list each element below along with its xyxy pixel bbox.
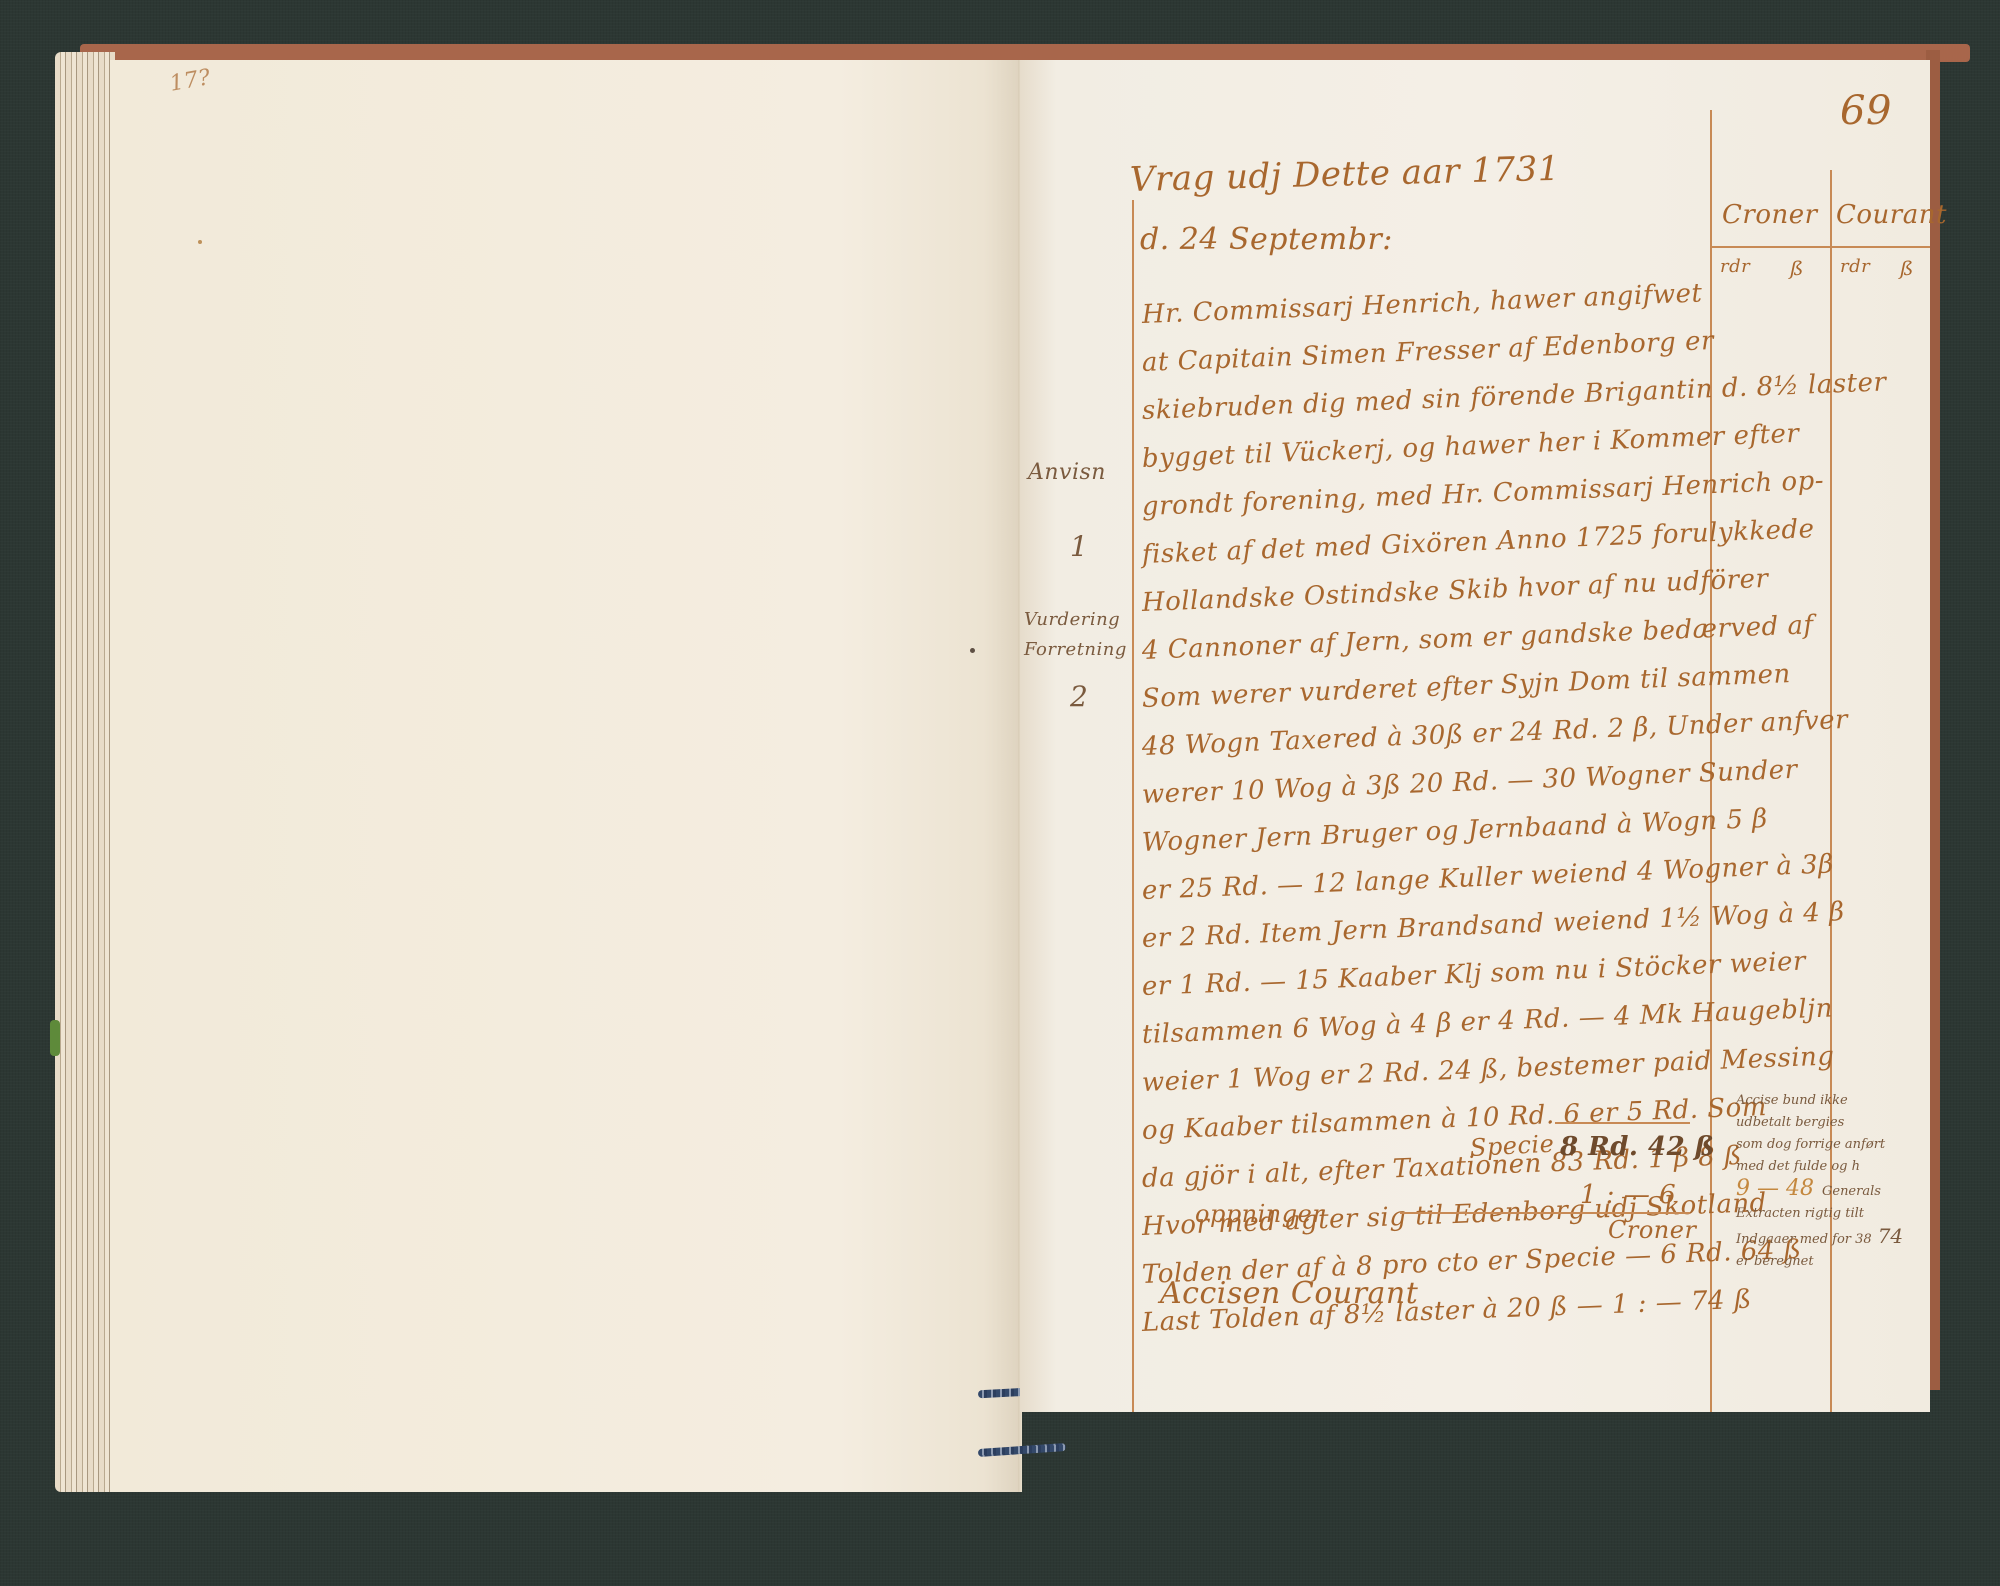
paper-spot (970, 648, 975, 653)
side-note-amount: 9 — 48 (1736, 1178, 1814, 1200)
side-note-line: Accise bund ikke (1736, 1090, 1916, 1112)
margin-note-1-number: 1 (1070, 530, 1088, 563)
body-line: Hollandske Ostindske Skib hvor af nu udf… (1141, 564, 1768, 618)
left-page: 17? (110, 60, 1020, 1492)
side-note: Accise bund ikke udbetalt bergies som do… (1736, 1090, 1916, 1273)
left-page-corner-mark: 17? (168, 65, 213, 97)
body-line: werer 10 Wog à 3ß 20 Rd. — 30 Wogner Sun… (1141, 755, 1798, 810)
body-line: Hr. Commissarj Henrich, hawer angifwet (1141, 278, 1703, 330)
col2-unit-rdr: rdr (1840, 256, 1870, 277)
body-line: er 2 Rd. Item Jern Brandsand weiend 1½ W… (1141, 897, 1845, 954)
col2-unit-skilling: ß (1900, 256, 1914, 280)
specie-label: Specie (1469, 1130, 1555, 1162)
side-note-line: udbetalt bergies (1736, 1112, 1916, 1134)
opgjeld-label: oppninger (1195, 1200, 1324, 1228)
paper-spot (198, 240, 202, 244)
margin-note-1-text: Anvisn (1028, 460, 1106, 485)
body-line: weier 1 Wog er 2 Rd. 24 ß, bestemer paid… (1141, 1041, 1835, 1098)
left-margin-rule (1132, 200, 1134, 1412)
column-header-croner: Croner (1722, 200, 1818, 230)
body-line: er 1 Rd. — 15 Kaaber Klj som nu i Stöcke… (1141, 947, 1806, 1002)
body-line: fisket af det med Gixören Anno 1725 foru… (1141, 514, 1815, 570)
total-rule-top (1555, 1122, 1690, 1124)
body-line: er 25 Rd. — 12 lange Kuller weiend 4 Wog… (1141, 849, 1834, 906)
accise-courant-label: Accisen Courant (1160, 1276, 1418, 1311)
side-note-line: Extracten rigtig tilt (1736, 1203, 1916, 1225)
opgjeld-value: 1 : — 6 (1580, 1180, 1676, 1210)
heading-line-1: Vrag udj Dette aar 1731 (1129, 149, 1560, 200)
margin-note-2-number: 2 (1070, 680, 1088, 713)
heading-line-2: d. 24 Septembr: (1140, 222, 1393, 257)
col1-unit-skilling: ß (1790, 256, 1804, 280)
margin-note-2-text: Vurdering Forretning (1024, 605, 1124, 665)
side-note-line: som dog forrige anført (1736, 1134, 1916, 1156)
side-note-line: med det fulde og h (1736, 1156, 1916, 1178)
body-line: grondt forening, med Hr. Commissarj Henr… (1141, 466, 1824, 522)
side-note-line: er beregnet (1736, 1251, 1916, 1273)
side-note-line: Generals (1822, 1181, 1881, 1203)
folio-number: 69 (1840, 88, 1892, 134)
body-line: 48 Wogn Taxered à 30ß er 24 Rd. 2 β, Und… (1141, 705, 1848, 762)
body-line: skiebruden dig med sin förende Brigantin… (1141, 367, 1886, 426)
total-rule-bottom (1400, 1212, 1690, 1214)
column-header-courant: Courant (1836, 200, 1947, 230)
body-line: tilsammen 6 Wog à 4 β er 4 Rd. — 4 Mk Ha… (1141, 993, 1833, 1050)
side-note-amount-2: 74 (1878, 1225, 1903, 1247)
page-stack-edges (55, 52, 115, 1492)
green-tab-marker (50, 1020, 60, 1056)
specie-total-value: 8 Rd. 42 ß (1560, 1132, 1715, 1162)
side-note-line: Indgaaer med for 38 (1736, 1229, 1872, 1251)
col1-unit-rdr: rdr (1720, 256, 1750, 277)
column-header-underline (1710, 246, 1930, 248)
body-line: bygget til Vückerj, og hawer her i Komme… (1141, 419, 1799, 474)
croner-label: Croner (1608, 1216, 1696, 1244)
body-line: Wogner Jern Bruger og Jernbaand à Wogn 5… (1141, 804, 1768, 858)
body-line: 4 Cannoner af Jern, som er gandske bedær… (1141, 610, 1814, 666)
body-line: Som werer vurderet efter Syjn Dom til sa… (1141, 659, 1791, 714)
body-line: at Capitain Simen Fresser af Edenborg er (1141, 326, 1714, 378)
